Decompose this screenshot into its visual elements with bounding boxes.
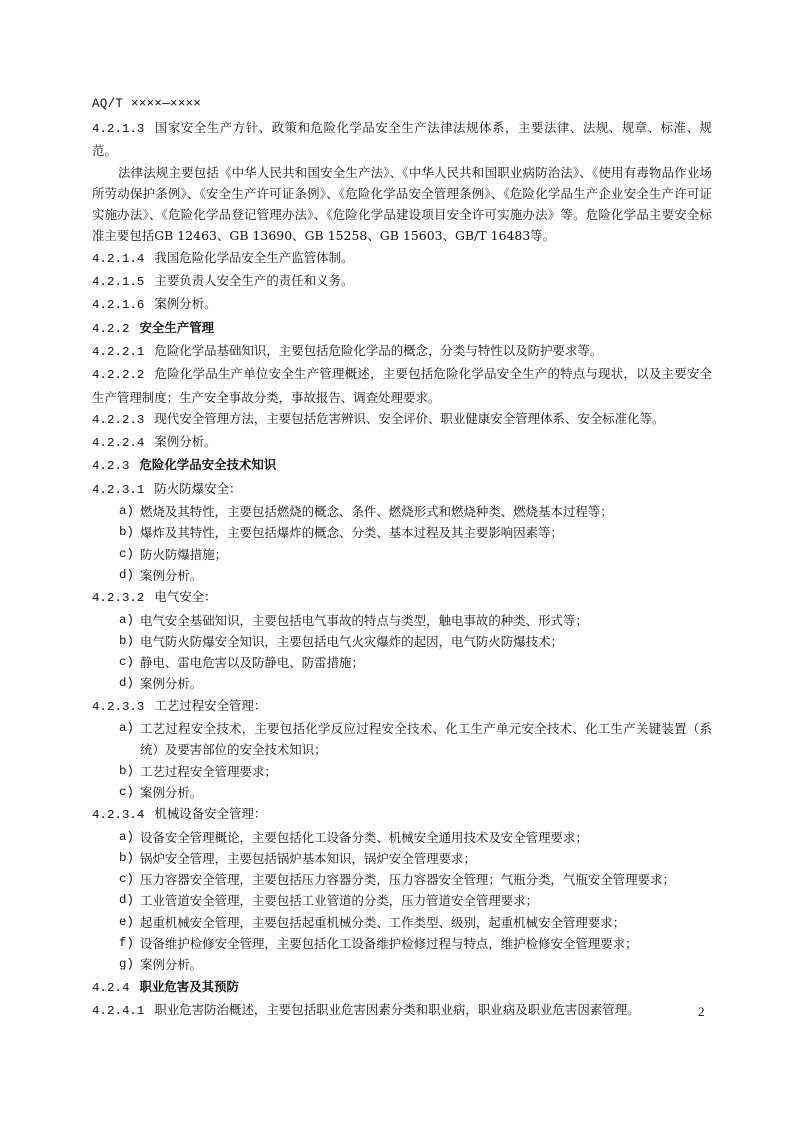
clause-number: 4.2.1.3	[92, 119, 144, 140]
document-body: 4.2.1.3国家安全生产方针、政策和危险化学品安全生产法律法规体系，主要法律、…	[92, 117, 712, 1022]
list-marker: c)	[119, 544, 134, 565]
list-item-text: 工业管道安全管理，主要包括工业管道的分类，压力管道安全管理要求；	[140, 893, 538, 908]
list-item: c)防火防爆措施；	[92, 544, 712, 565]
list-item: d)案例分析。	[92, 565, 712, 586]
clause-text: 国家安全生产方针、政策和危险化学品安全生产法律法规体系，主要法律、法规、规章、标…	[92, 120, 712, 158]
list-marker: b)	[119, 761, 134, 782]
list-item-text: 案例分析。	[140, 785, 202, 800]
clause-4-2-4-1: 4.2.4.1职业危害防治概述，主要包括职业危害因素分类和职业病，职业病及职业危…	[92, 999, 712, 1022]
section-number: 4.2.3	[92, 456, 129, 477]
clause-4-2-1-3: 4.2.1.3国家安全生产方针、政策和危险化学品安全生产法律法规体系，主要法律、…	[92, 117, 712, 162]
clause-text: 防火防爆安全：	[154, 481, 241, 496]
list-marker: b)	[119, 631, 134, 652]
clause-text: 工艺过程安全管理：	[154, 698, 266, 713]
clause-4-2-3-2: 4.2.3.2电气安全：	[92, 586, 712, 609]
list-item: c)压力容器安全管理，主要包括压力容器分类，压力容器安全管理；气瓶分类，气瓶安全…	[92, 869, 712, 890]
list-item-text: 案例分析。	[140, 957, 202, 972]
list-item: b)工艺过程安全管理要求；	[92, 761, 712, 782]
list-item-text: 设备维护检修安全管理，主要包括化工设备维护检修过程与特点，维护检修安全管理要求；	[140, 936, 638, 951]
list-item-text: 设备安全管理概论，主要包括化工设备分类、机械安全通用技术及安全管理要求；	[140, 830, 588, 845]
clause-text: 危险化学品基础知识，主要包括危险化学品的概念，分类与特性以及防护要求等。	[154, 343, 602, 358]
list-marker: e)	[119, 912, 134, 933]
list-item: d)案例分析。	[92, 673, 712, 694]
list-marker: d)	[119, 673, 134, 694]
section-title: 危险化学品安全技术知识	[139, 457, 276, 472]
list-marker: f)	[119, 933, 134, 954]
clause-4-2-2-1: 4.2.2.1危险化学品基础知识，主要包括危险化学品的概念，分类与特性以及防护要…	[92, 340, 712, 363]
list-item-text: 电气安全基础知识，主要包括电气事故的特点与类型，触电事故的种类、形式等；	[140, 613, 588, 628]
list-item-text: 燃烧及其特性，主要包括燃烧的概念、条件、燃烧形式和燃烧种类、燃烧基本过程等；	[140, 504, 613, 519]
clause-text: 案例分析。	[154, 296, 216, 311]
list-marker: b)	[119, 522, 134, 543]
list-item-text: 起重机械安全管理，主要包括起重机械分类、工作类型、级别，起重机械安全管理要求；	[140, 915, 625, 930]
section-title: 安全生产管理	[139, 320, 214, 335]
list-marker: d)	[119, 565, 134, 586]
section-heading-4-2-2: 4.2.2安全生产管理	[92, 317, 712, 340]
document-code-header: AQ/T ××××—××××	[92, 94, 712, 114]
clause-number: 4.2.1.4	[92, 249, 144, 270]
list-item-text: 锅炉安全管理，主要包括锅炉基本知识，锅炉安全管理要求；	[140, 851, 476, 866]
clause-4-2-1-5: 4.2.1.5主要负责人安全生产的责任和义务。	[92, 270, 712, 293]
clause-4-2-3-4: 4.2.3.4机械设备安全管理：	[92, 803, 712, 826]
paragraph-laws: 法律法规主要包括《中华人民共和国安全生产法》、《中华人民共和国职业病防治法》、《…	[92, 162, 712, 247]
clause-4-2-3-1: 4.2.3.1防火防爆安全：	[92, 478, 712, 501]
list-marker: g)	[119, 954, 134, 975]
list-item-text: 爆炸及其特性，主要包括爆炸的概念、分类、基本过程及其主要影响因素等；	[140, 525, 563, 540]
list-item: c)静电、雷电危害以及防静电、防雷措施；	[92, 652, 712, 673]
clause-number: 4.2.1.5	[92, 272, 144, 293]
list-item: c)案例分析。	[92, 782, 712, 803]
clause-4-2-2-2: 4.2.2.2危险化学品生产单位安全生产管理概述，主要包括危险化学品安全生产的特…	[92, 363, 712, 408]
list-item-text: 压力容器安全管理，主要包括压力容器分类，压力容器安全管理；气瓶分类，气瓶安全管理…	[140, 872, 675, 887]
list-marker: a)	[119, 827, 134, 848]
clause-text: 职业危害防治概述，主要包括职业危害因素分类和职业病，职业病及职业危害因素管理。	[154, 1002, 639, 1017]
clause-4-2-2-4: 4.2.2.4案例分析。	[92, 431, 712, 454]
clause-number: 4.2.4.1	[92, 1001, 144, 1022]
list-item: f)设备维护检修安全管理，主要包括化工设备维护检修过程与特点，维护检修安全管理要…	[92, 933, 712, 954]
list-item: a)设备安全管理概论，主要包括化工设备分类、机械安全通用技术及安全管理要求；	[92, 827, 712, 848]
section-title: 职业危害及其预防	[139, 979, 239, 994]
list-item-text: 工艺过程安全管理要求；	[140, 764, 277, 779]
section-heading-4-2-3: 4.2.3危险化学品安全技术知识	[92, 454, 712, 477]
clause-number: 4.2.3.4	[92, 805, 144, 826]
list-marker: c)	[119, 869, 134, 890]
list-item: a)燃烧及其特性，主要包括燃烧的概念、条件、燃烧形式和燃烧种类、燃烧基本过程等；	[92, 501, 712, 522]
list-marker: d)	[119, 890, 134, 911]
list-item-text: 工艺过程安全技术，主要包括化学反应过程安全技术、化工生产单元安全技术、化工生产关…	[140, 721, 712, 757]
clause-number: 4.2.2.3	[92, 410, 144, 431]
clause-4-2-1-6: 4.2.1.6案例分析。	[92, 293, 712, 316]
clause-number: 4.2.1.6	[92, 295, 144, 316]
list-item: g)案例分析。	[92, 954, 712, 975]
list-item: b)爆炸及其特性，主要包括爆炸的概念、分类、基本过程及其主要影响因素等；	[92, 522, 712, 543]
clause-number: 4.2.3.2	[92, 588, 144, 609]
clause-text: 现代安全管理方法，主要包括危害辨识、安全评价、职业健康安全管理体系、安全标准化等…	[154, 411, 664, 426]
section-number: 4.2.2	[92, 319, 129, 340]
clause-number: 4.2.3.1	[92, 480, 144, 501]
clause-text: 案例分析。	[154, 434, 216, 449]
list-item-text: 案例分析。	[140, 568, 202, 583]
clause-4-2-2-3: 4.2.2.3现代安全管理方法，主要包括危害辨识、安全评价、职业健康安全管理体系…	[92, 408, 712, 431]
clause-text: 机械设备安全管理：	[154, 806, 266, 821]
page-number: 2	[698, 1004, 705, 1020]
list-item: a)电气安全基础知识，主要包括电气事故的特点与类型，触电事故的种类、形式等；	[92, 610, 712, 631]
clause-4-2-1-4: 4.2.1.4我国危险化学品安全生产监管体制。	[92, 247, 712, 270]
clause-4-2-3-3: 4.2.3.3工艺过程安全管理：	[92, 695, 712, 718]
list-item: e)起重机械安全管理，主要包括起重机械分类、工作类型、级别，起重机械安全管理要求…	[92, 912, 712, 933]
clause-number: 4.2.2.4	[92, 433, 144, 454]
list-marker: c)	[119, 652, 134, 673]
list-marker: a)	[119, 718, 134, 739]
list-item-text: 防火防爆措施；	[140, 547, 227, 562]
clause-number: 4.2.3.3	[92, 697, 144, 718]
clause-text: 我国危险化学品安全生产监管体制。	[154, 250, 353, 265]
list-item: b)锅炉安全管理，主要包括锅炉基本知识，锅炉安全管理要求；	[92, 848, 712, 869]
section-number: 4.2.4	[92, 978, 129, 999]
clause-text: 主要负责人安全生产的责任和义务。	[154, 273, 353, 288]
clause-number: 4.2.2.2	[92, 365, 144, 386]
list-item: a)工艺过程安全技术，主要包括化学反应过程安全技术、化工生产单元安全技术、化工生…	[92, 718, 712, 761]
list-item-text: 静电、雷电危害以及防静电、防雷措施；	[140, 655, 364, 670]
clause-number: 4.2.2.1	[92, 342, 144, 363]
list-marker: b)	[119, 848, 134, 869]
list-item: d)工业管道安全管理，主要包括工业管道的分类，压力管道安全管理要求；	[92, 890, 712, 911]
clause-text: 危险化学品生产单位安全生产管理概述，主要包括危险化学品安全生产的特点与现状，以及…	[92, 366, 712, 404]
list-marker: a)	[119, 610, 134, 631]
list-marker: a)	[119, 501, 134, 522]
list-item-text: 案例分析。	[140, 676, 202, 691]
section-heading-4-2-4: 4.2.4职业危害及其预防	[92, 976, 712, 999]
list-item-text: 电气防火防爆安全知识，主要包括电气火灾爆炸的起因，电气防火防爆技术；	[140, 634, 563, 649]
list-item: b)电气防火防爆安全知识，主要包括电气火灾爆炸的起因，电气防火防爆技术；	[92, 631, 712, 652]
list-marker: c)	[119, 782, 134, 803]
clause-text: 电气安全：	[154, 589, 216, 604]
